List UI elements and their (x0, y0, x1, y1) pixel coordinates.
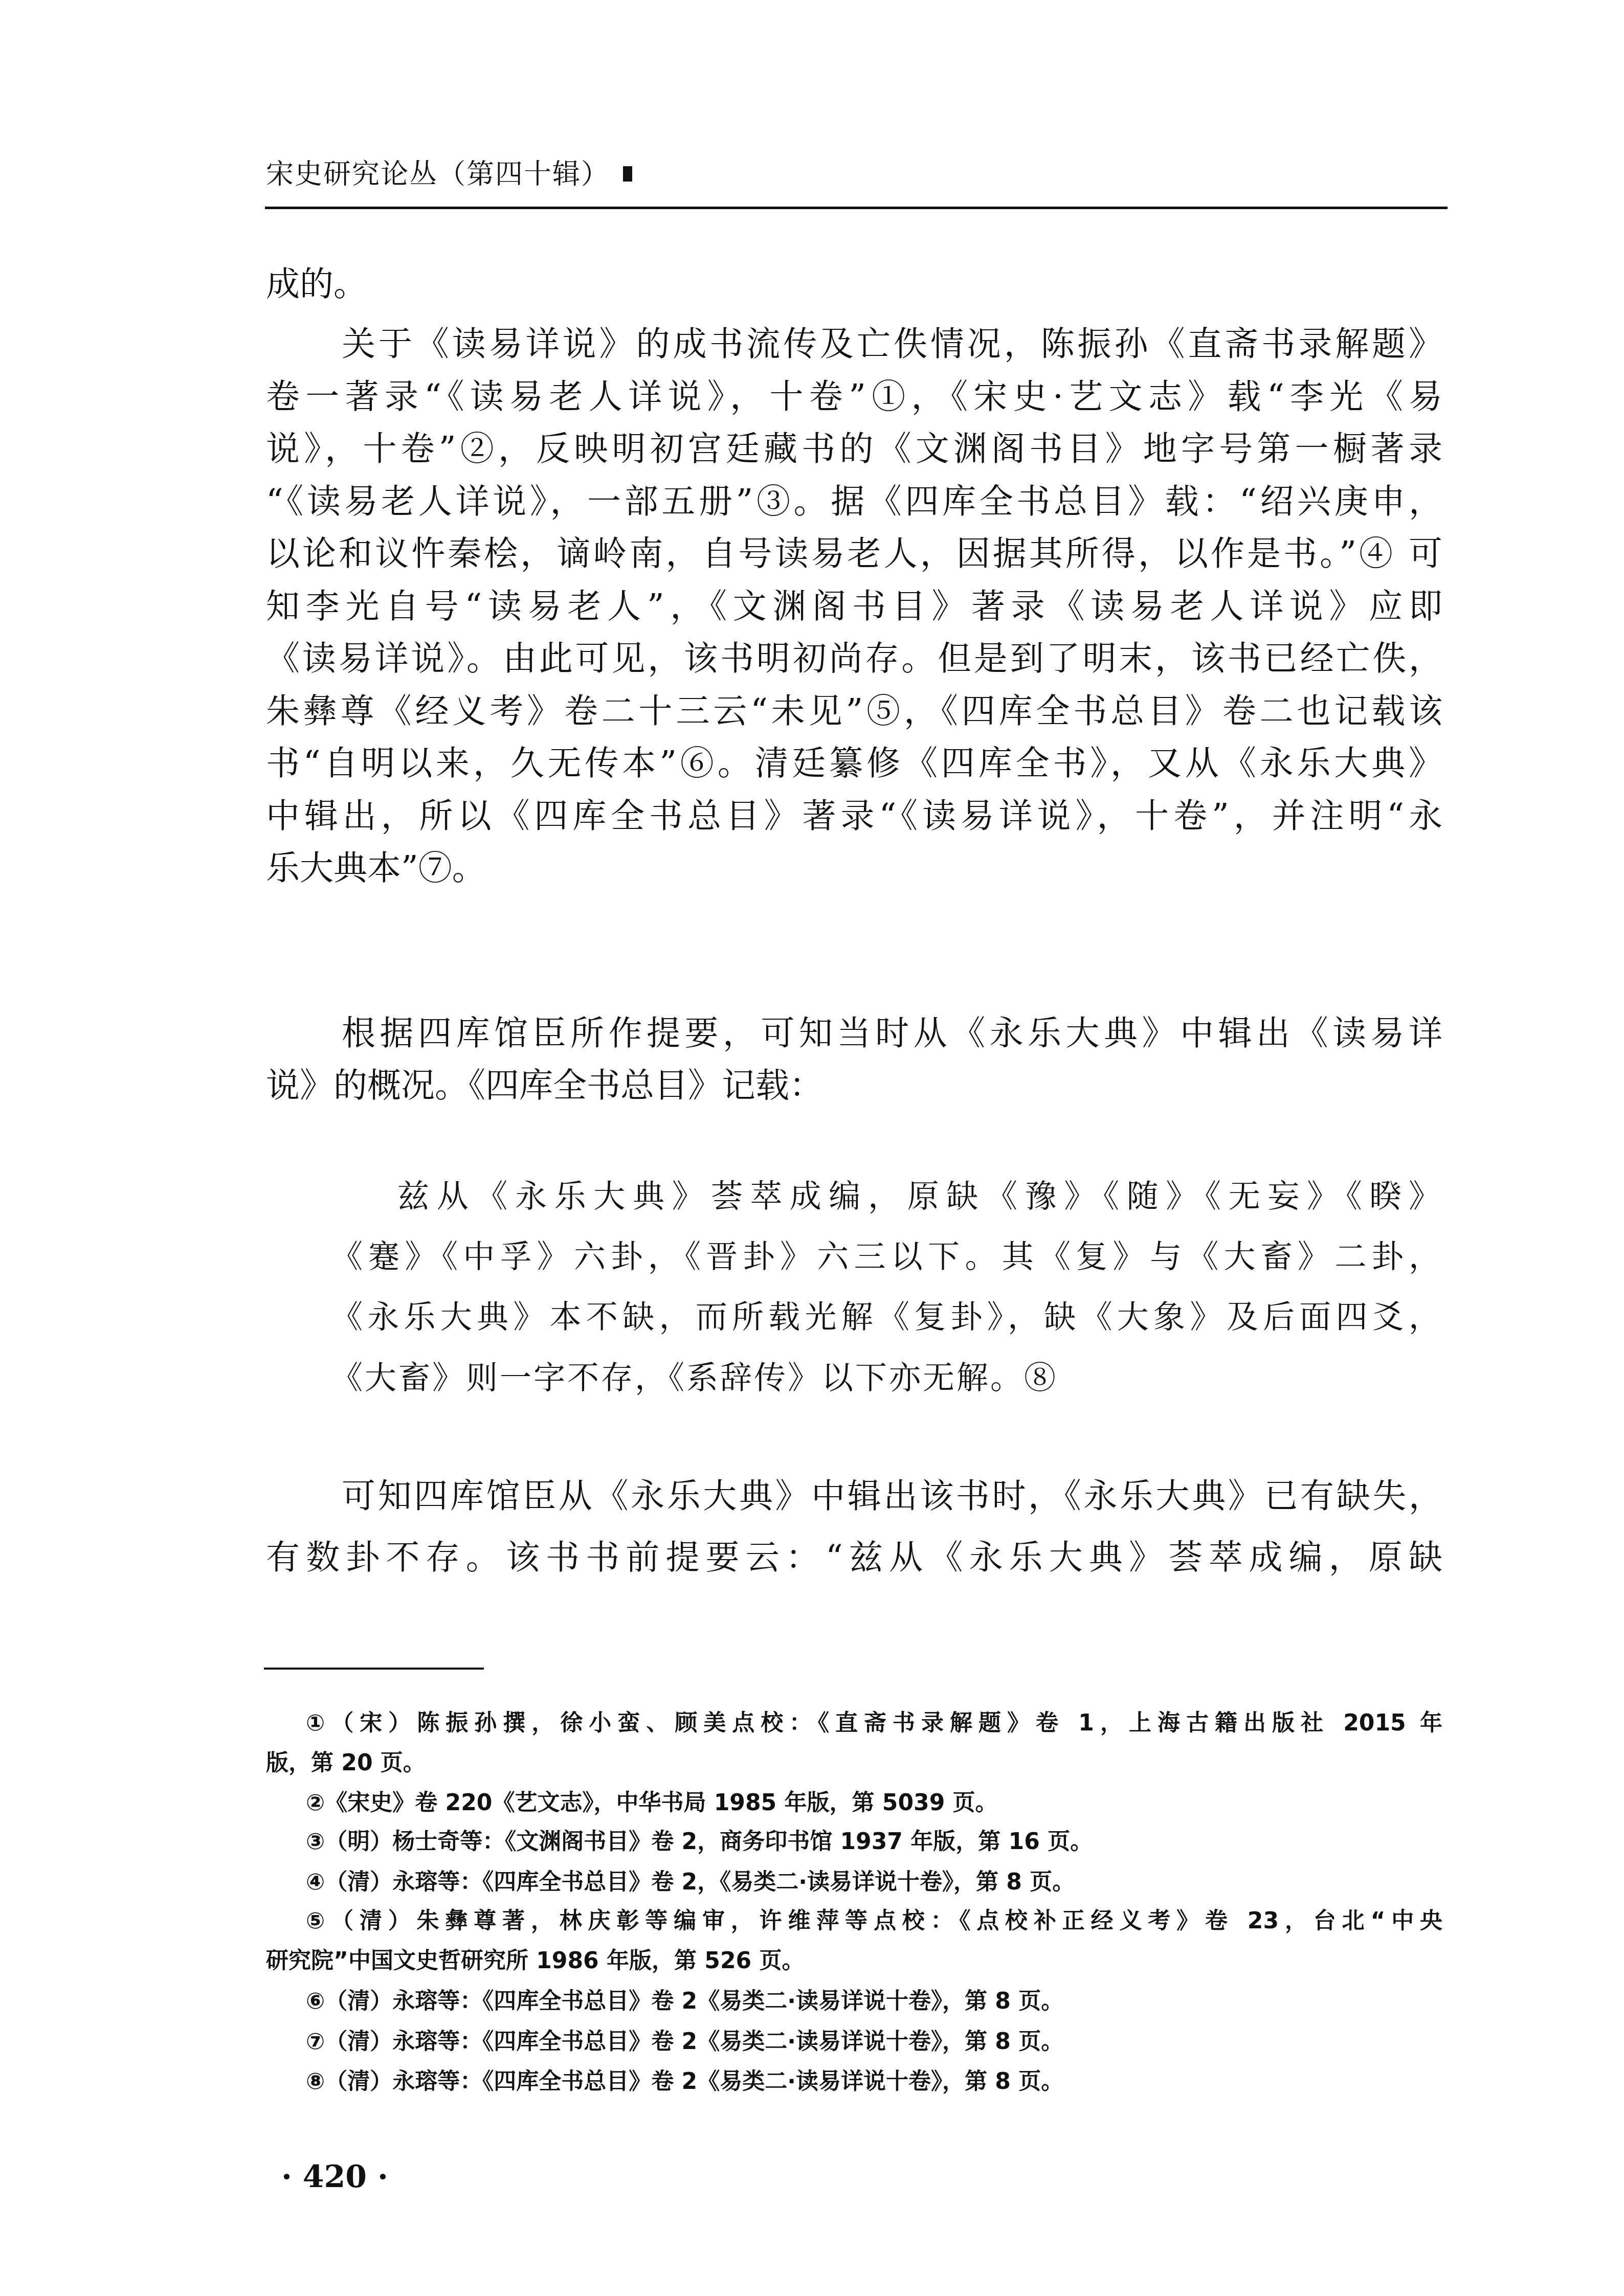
footnote-line: 版，第 20 页。 (266, 1748, 1442, 1779)
body-text-line: 根据四库馆臣所作提要，可知当时从《永乐大典》中辑出《读易详 (342, 1013, 1442, 1054)
footnote-line: ④（清）永瑢等：《四库全书总目》卷 2，《易类二·读易详说十卷》，第 8 页。 (306, 1867, 1442, 1898)
quote-text-line: 兹从《永乐大典》荟萃成编，原缺《豫》《随》《无妄》《睽》 (397, 1176, 1442, 1217)
body-text-line: 有数卦不存。该书书前提要云：“兹从《永乐大典》荟萃成编，原缺 (266, 1537, 1442, 1578)
running-head: 宋史研究论丛（第四十辑） (266, 156, 632, 192)
body-text-line: 关于《读易详说》的成书流传及亡佚情况，陈振孙《直斋书录解题》 (342, 324, 1442, 365)
footnote-line: ③（明）杨士奇等：《文渊阁书目》卷 2，商务印书馆 1937 年版，第 16 页… (306, 1827, 1442, 1857)
footnote-line: ⑦（清）永瑢等：《四库全书总目》卷 2《易类二·读易详说十卷》，第 8 页。 (306, 2027, 1442, 2057)
body-text-line: 乐大典本”⑦。 (266, 848, 1442, 889)
body-text-line: 《读易详说》。由此可见，该书明初尚存。但是到了明末，该书已经亡佚， (266, 638, 1442, 679)
quote-text-line: 《大畜》则一字不存，《系辞传》以下亦无解。⑧ (331, 1358, 1442, 1399)
body-text-line: 以论和议忤秦桧，谪岭南，自号读易老人，因据其所得，以作是书。”④ 可 (266, 533, 1442, 574)
page-number: · 420 · (281, 2159, 388, 2195)
footnote-rule (264, 1668, 484, 1670)
running-head-title: 宋史研究论丛（第四十辑） (266, 158, 610, 190)
body-text-line: 说》的概况。《四库全书总目》记载： (266, 1065, 1442, 1106)
footnote-line: ⑤（清）朱彝尊著，林庆彰等编审，许维萍等点校：《点校补正经义考》卷 23，台北“… (306, 1906, 1442, 1937)
body-text-line: 卷一著录“《读易老人详说》，十卷”①，《宋史·艺文志》载“李光《易 (266, 376, 1442, 417)
footnote-line: ⑧（清）永瑢等：《四库全书总目》卷 2《易类二·读易详说十卷》，第 8 页。 (306, 2066, 1442, 2097)
header-rule (265, 207, 1448, 209)
document-page: 宋史研究论丛（第四十辑） 成的。关于《读易详说》的成书流传及亡佚情况，陈振孙《直… (0, 0, 1624, 2296)
body-text-line: 说》，十卷”②，反映明初宫廷藏书的《文渊阁书目》地字号第一橱著录 (266, 429, 1442, 469)
body-text-line: 知李光自号“读易老人”，《文渊阁书目》著录《读易老人详说》应即 (266, 586, 1442, 627)
body-text-line: 成的。 (266, 264, 1442, 305)
body-text-line: 朱彝尊《经义考》卷二十三云“未见”⑤，《四库全书总目》卷二也记载该 (266, 691, 1442, 732)
black-square-mark-icon (623, 166, 632, 182)
footnote-line: 研究院”中国文史哲研究所 1986 年版，第 526 页。 (266, 1946, 1442, 1976)
body-text-line: 中辑出，所以《四库全书总目》著录“《读易详说》，十卷”，并注明“永 (266, 796, 1442, 837)
body-text-line: “《读易老人详说》，一部五册”③。据《四库全书总目》载：“绍兴庚申， (266, 481, 1442, 522)
quote-text-line: 《蹇》《中孚》六卦，《晋卦》六三以下。其《复》与《大畜》二卦， (331, 1236, 1442, 1277)
footnote-line: ②《宋史》卷 220《艺文志》，中华书局 1985 年版，第 5039 页。 (306, 1788, 1442, 1818)
footnote-line: ①（宋）陈振孙撰，徐小蛮、顾美点校：《直斋书录解题》卷 1，上海古籍出版社 20… (306, 1708, 1442, 1739)
body-text-line: 书“自明以来，久无传本”⑥。清廷纂修《四库全书》，又从《永乐大典》 (266, 743, 1442, 784)
body-text-line: 可知四库馆臣从《永乐大典》中辑出该书时，《永乐大典》已有缺失， (342, 1476, 1442, 1517)
quote-text-line: 《永乐大典》本不缺，而所载光解《复卦》，缺《大象》及后面四爻， (331, 1297, 1442, 1338)
footnote-line: ⑥（清）永瑢等：《四库全书总目》卷 2《易类二·读易详说十卷》，第 8 页。 (306, 1986, 1442, 2017)
